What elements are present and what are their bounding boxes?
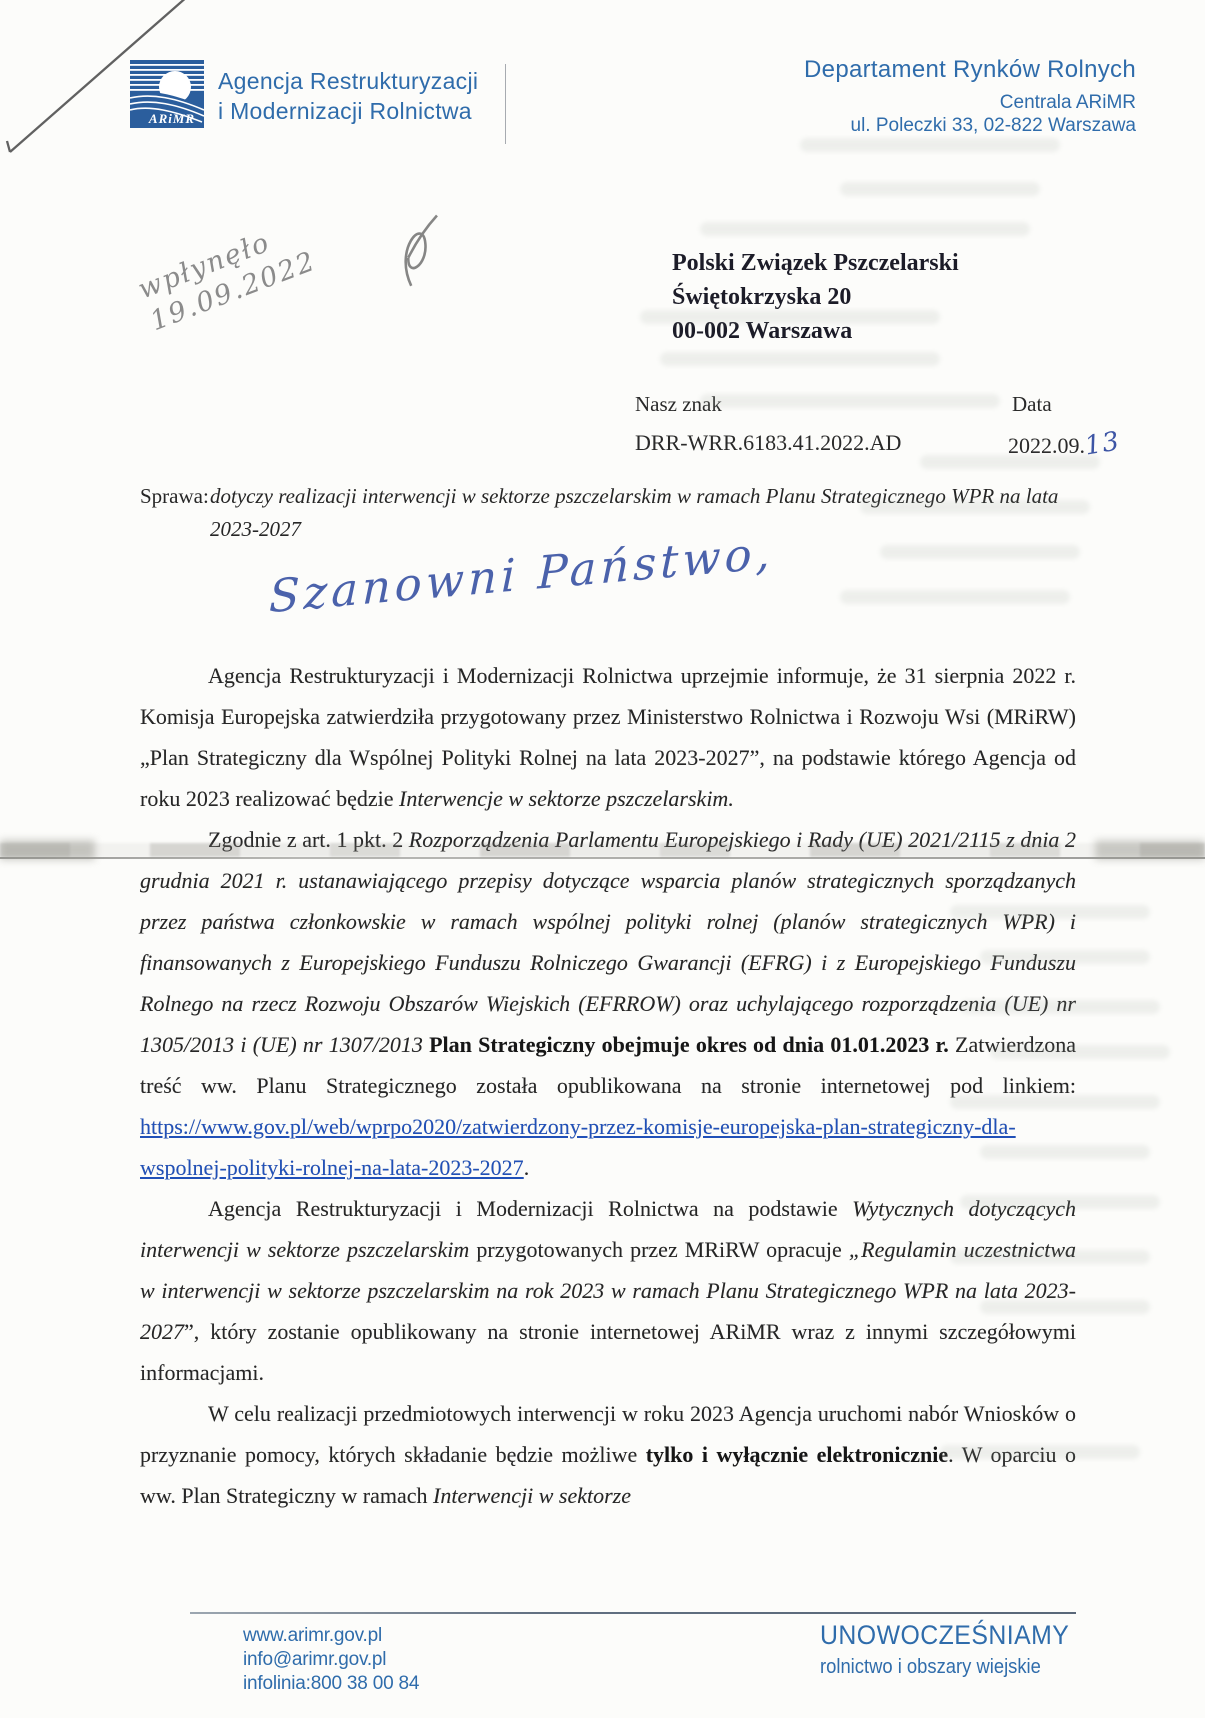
org-name: Agencja Restrukturyzacji i Modernizacji … bbox=[218, 66, 478, 126]
body-paragraph: W celu realizacji przedmiotowych interwe… bbox=[140, 1393, 1076, 1516]
recipient-name: Polski Związek Pszczelarski bbox=[672, 246, 959, 280]
fold-crease-line bbox=[0, 857, 1205, 859]
scanned-letter-page: ARiMR Agencja Restrukturyzacji i Moderni… bbox=[0, 0, 1205, 1718]
letter-body: Agencja Restrukturyzacji i Modernizacji … bbox=[140, 655, 1076, 1516]
body-text-run: Agencja Restrukturyzacji i Modernizacji … bbox=[208, 1196, 852, 1221]
fold-shadow-left bbox=[0, 840, 95, 860]
footer-email: info@arimr.gov.pl bbox=[243, 1648, 419, 1672]
arimr-logo-icon: ARiMR bbox=[130, 60, 204, 128]
slogan-title: UNOWOCZEŚNIAMY bbox=[820, 1620, 1069, 1651]
bleed-artifact bbox=[640, 310, 940, 324]
bleed-artifact bbox=[980, 950, 1150, 964]
bleed-artifact bbox=[860, 500, 1090, 514]
bleed-artifact bbox=[840, 590, 1070, 604]
bleed-artifact bbox=[880, 545, 1080, 559]
received-note-handwritten: wpłynęło 19.09.2022 bbox=[134, 213, 321, 339]
body-paragraph: Agencja Restrukturyzacji i Modernizacji … bbox=[140, 655, 1076, 819]
date-label: Data bbox=[1012, 392, 1052, 417]
recipient-street: Świętokrzyska 20 bbox=[672, 280, 959, 314]
slogan-subtitle: rolnictwo i obszary wiejskie bbox=[820, 1656, 1069, 1679]
body-text-run: przygotowanych przez MRiRW opracuje bbox=[469, 1237, 849, 1262]
body-text-run: Rozporządzenia Parlamentu Europejskiego … bbox=[140, 827, 1076, 1057]
body-text-run: ”, który zostanie opublikowany na stroni… bbox=[140, 1319, 1076, 1385]
footer-rule bbox=[190, 1612, 1076, 1614]
org-name-line2: i Modernizacji Rolnictwa bbox=[218, 96, 478, 126]
body-text-run: Interwencji w sektorze bbox=[433, 1483, 631, 1508]
bleed-artifact bbox=[800, 138, 1060, 152]
plan-strategiczny-link[interactable]: https://www.gov.pl/web/wprpo2020/zatwier… bbox=[140, 1114, 1016, 1180]
fold-crease bbox=[0, 843, 1205, 857]
subject-label: Sprawa: bbox=[140, 484, 209, 509]
bleed-artifact bbox=[960, 1195, 1160, 1209]
footer-website: www.arimr.gov.pl bbox=[243, 1624, 419, 1648]
office-name: Centrala ARiMR bbox=[650, 91, 1136, 114]
ref-number: DRR-WRR.6183.41.2022.AD bbox=[635, 430, 901, 456]
bleed-artifact bbox=[960, 1000, 1160, 1014]
letterhead-divider bbox=[505, 64, 506, 144]
body-paragraph: Zgodnie z art. 1 pkt. 2 Rozporządzenia P… bbox=[140, 819, 1076, 1188]
salutation-handwritten: Szanowni Państwo, bbox=[268, 526, 774, 623]
bleed-artifact bbox=[660, 352, 940, 366]
bleed-artifact bbox=[700, 222, 1030, 236]
bleed-artifact bbox=[950, 1095, 1160, 1109]
body-paragraph: Agencja Restrukturyzacji i Modernizacji … bbox=[140, 1188, 1076, 1393]
body-text-run: . bbox=[524, 1155, 530, 1180]
body-text-run: Plan Strategiczny obejmuje okres od dnia… bbox=[429, 1032, 949, 1057]
bleed-artifact bbox=[700, 394, 1000, 408]
subject-line2: 2023-2027 bbox=[210, 517, 301, 542]
bleed-artifact bbox=[980, 1145, 1150, 1159]
department-name: Departament Rynków Rolnych bbox=[650, 56, 1136, 84]
paraph-initials-icon bbox=[379, 205, 467, 304]
recipient-address-block: Polski Związek Pszczelarski Świętokrzysk… bbox=[672, 246, 959, 348]
bleed-artifact bbox=[940, 1445, 1140, 1459]
bleed-artifact bbox=[840, 182, 1040, 196]
footer-hotline: infolinia:800 38 00 84 bbox=[243, 1672, 419, 1696]
bleed-artifact bbox=[950, 905, 1150, 919]
office-address: ul. Poleczki 33, 02-822 Warszawa bbox=[650, 114, 1136, 137]
bleed-artifact bbox=[990, 1045, 1170, 1059]
bleed-artifact bbox=[920, 455, 1100, 469]
fold-shadow-right bbox=[1095, 840, 1205, 860]
bleed-artifact bbox=[980, 1300, 1150, 1314]
body-text-run: tylko i wyłącznie elektronicznie bbox=[646, 1442, 948, 1467]
body-text-run: Interwencje w sektorze pszczelarskim. bbox=[399, 786, 734, 811]
org-name-line1: Agencja Restrukturyzacji bbox=[218, 66, 478, 96]
bleed-artifact bbox=[950, 1250, 1150, 1264]
svg-text:ARiMR: ARiMR bbox=[148, 111, 195, 126]
